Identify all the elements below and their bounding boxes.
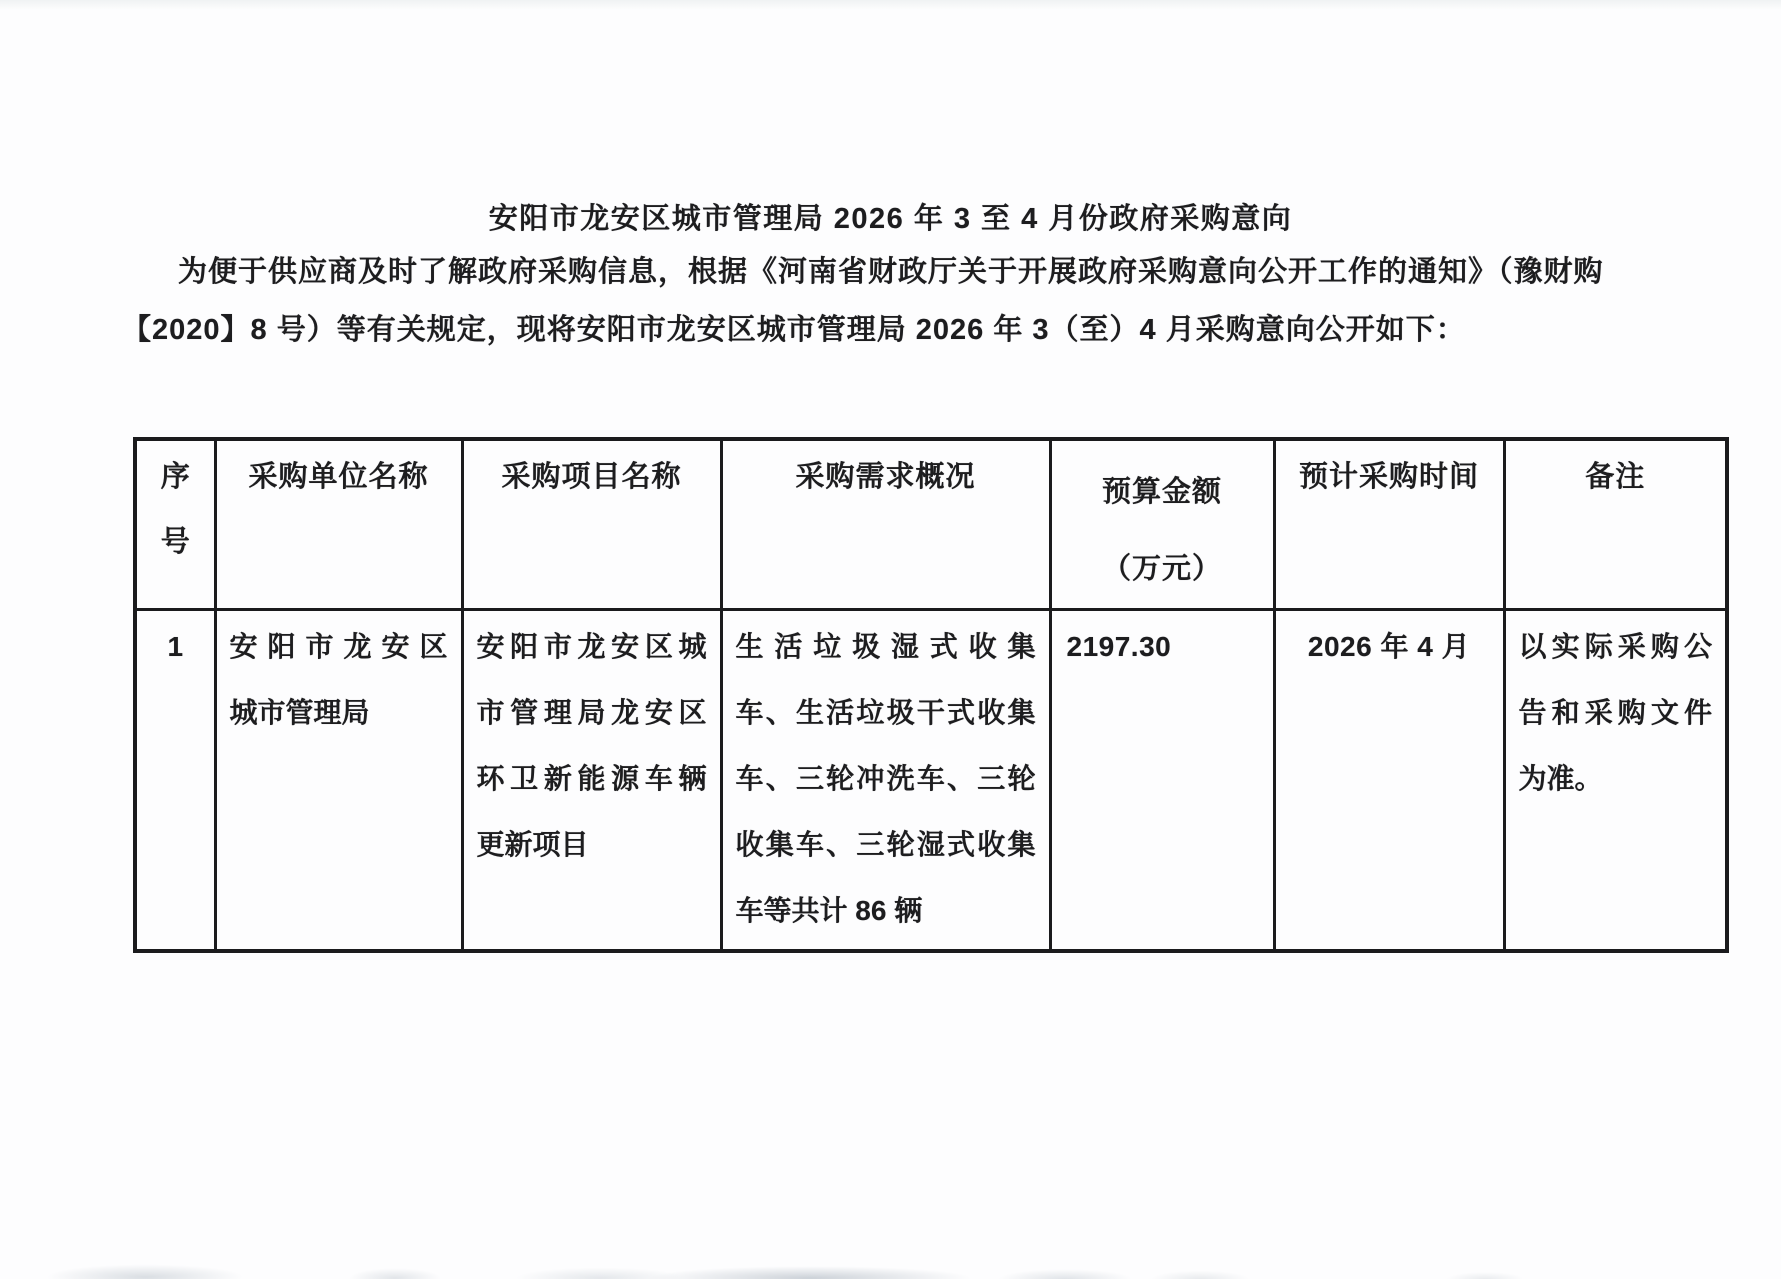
table-header-row: 序 号 采购单位名称 采购项目名称 采购需求概况 预算金额 （万元） 预计采购时 [135, 439, 1727, 610]
intro-paragraph: 为便于供应商及时了解政府采购信息，根据《河南省财政厅关于开展政府采购意向公开工作… [122, 243, 1682, 359]
intro-line-1: 为便于供应商及时了解政府采购信息，根据《河南省财政厅关于开展政府采购意向公开工作… [122, 243, 1682, 301]
procurement-intent-table: 序 号 采购单位名称 采购项目名称 采购需求概况 预算金额 （万元） 预计采购时 [133, 437, 1729, 953]
scan-artifact-top-edge [0, 0, 1781, 10]
document-title: 安阳市龙安区城市管理局 2026 年 3 至 4 月份政府采购意向 [0, 196, 1781, 237]
header-budget-line-2: （万元） [1052, 531, 1273, 608]
header-project: 采购项目名称 [462, 439, 721, 610]
header-unit: 采购单位名称 [215, 439, 462, 610]
cell-unit: 安阳市龙安区 城市管理局 [215, 610, 462, 951]
header-budget: 预算金额 （万元） [1050, 439, 1274, 610]
scan-artifact-bottom-edge [0, 1251, 1781, 1279]
cell-demand: 生活垃圾湿式收集 车、生活垃圾干式收集 车、三轮冲洗车、三轮 收集车、三轮湿式收… [721, 610, 1050, 951]
header-demand: 采购需求概况 [721, 439, 1050, 610]
cell-budget: 2197.30 [1050, 610, 1274, 951]
cell-project: 安阳市龙安区城 市管理局龙安区 环卫新能源车辆 更新项目 [462, 610, 721, 951]
cell-seq: 1 [135, 610, 215, 951]
scanned-document-page: 安阳市龙安区城市管理局 2026 年 3 至 4 月份政府采购意向 为便于供应商… [0, 0, 1781, 1279]
intro-line-2: 【2020】8 号）等有关规定，现将安阳市龙安区城市管理局 2026 年 3（至… [122, 301, 1682, 359]
cell-note: 以实际采购公 告和采购文件 为准。 [1504, 610, 1727, 951]
header-seq-line-2: 号 [137, 510, 214, 575]
cell-time: 2026 年 4 月 [1274, 610, 1504, 951]
header-seq-line-1: 序 [137, 445, 214, 510]
header-budget-line-1: 预算金额 [1052, 454, 1273, 531]
table-row: 1 安阳市龙安区 城市管理局 安阳市龙安区城 市管理局龙安区 环卫新能源车辆 更… [135, 610, 1727, 951]
header-seq: 序 号 [135, 439, 215, 610]
header-time: 预计采购时间 [1274, 439, 1504, 610]
header-note: 备注 [1504, 439, 1727, 610]
